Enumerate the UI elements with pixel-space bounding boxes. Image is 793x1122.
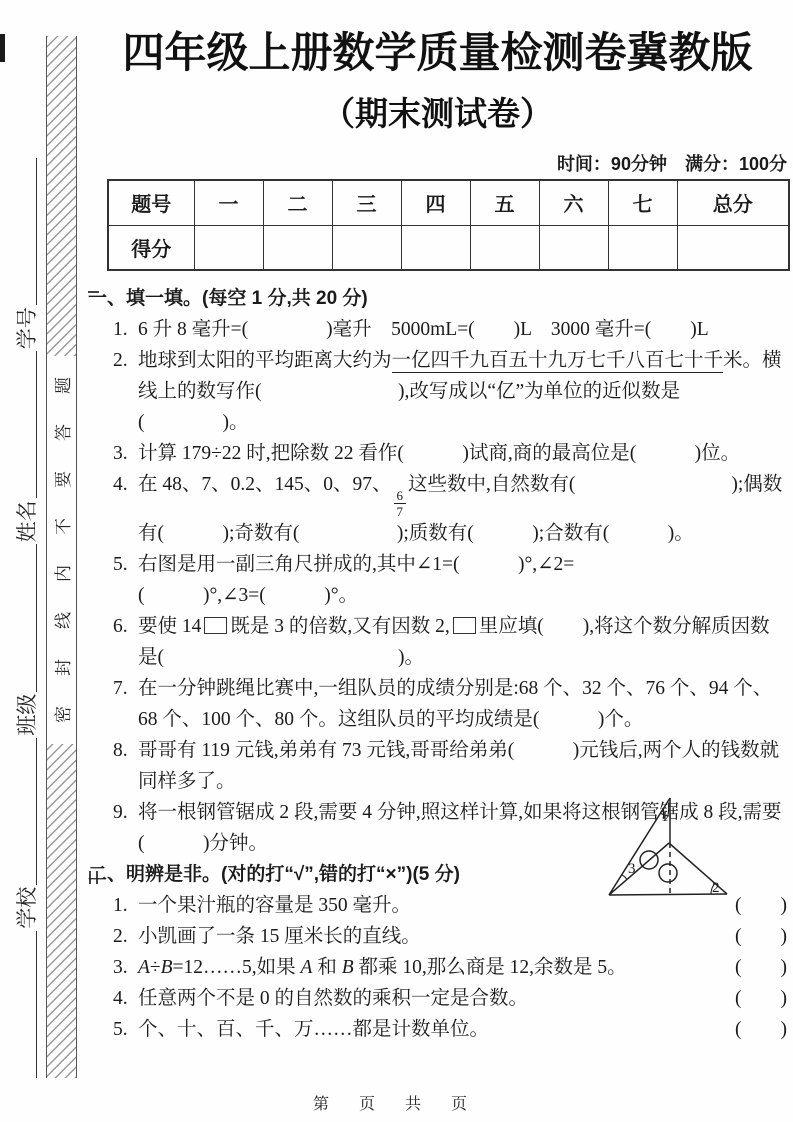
question-number: 7.: [113, 673, 138, 735]
s1-question-7: 7. 在一分钟跳绳比赛中,一组队员的成绩分别是:68 个、32 个、76 个、9…: [88, 673, 787, 735]
variable-a: A: [301, 957, 313, 978]
question-number: 8.: [113, 735, 138, 797]
q4-text-pre: 在 48、7、0.2、145、0、97、: [138, 474, 392, 495]
score-cell: [470, 225, 539, 270]
questions-area: 一、填一填。(每空 1 分,共 20 分) 1. 6 升 8 毫升=( )毫升 …: [88, 283, 787, 1045]
digit-blank-box: [204, 617, 227, 634]
division-sign: ÷: [150, 957, 161, 978]
corner-cut-mark: [0, 34, 5, 62]
score-cell: [194, 225, 263, 270]
student-info-fields: 学校 班级 姓名 学号: [10, 158, 46, 1078]
variable-b: B: [342, 957, 354, 978]
page-footer: 第 页 共 页: [0, 1091, 793, 1114]
exam-paper-page: 密封线内不要答题 学校 班级 姓名 学号 四年级上册数学质量检测卷冀教版 （期末…: [0, 0, 793, 1122]
fraction-denominator: 7: [394, 504, 407, 518]
s1-question-4: 4. 在 48、7、0.2、145、0、97、67这些数中,自然数有( );偶数…: [88, 469, 787, 549]
question-number: 2.: [113, 921, 138, 952]
question-text: A÷B=12……5,如果 A 和 B 都乘 10,那么商是 12,余数是 5。: [138, 952, 725, 983]
question-number: 4.: [113, 469, 138, 549]
answer-parentheses: ( ): [725, 983, 787, 1014]
seal-line-text: 密封线内不要答题: [47, 356, 76, 744]
question-number: 1.: [113, 314, 138, 345]
class-field-line: [10, 738, 37, 885]
score-cell: [332, 225, 401, 270]
score-cell: [401, 225, 470, 270]
answer-parentheses: ( ): [725, 952, 787, 983]
seal-line-label: 密封线内不要答题: [49, 347, 74, 723]
s1-question-8: 8. 哥哥有 119 元钱,弟弟有 73 元钱,哥哥给弟弟( )元钱后,两个人的…: [88, 735, 787, 797]
score-cell: [539, 225, 608, 270]
q3-seg1: =12……5,如果: [173, 957, 301, 978]
school-label: 学校: [10, 885, 44, 931]
question-text: 小凯画了一条 15 厘米长的直线。: [138, 921, 725, 952]
answer-parentheses: ( ): [725, 921, 787, 952]
question-text: 6 升 8 毫升=( )毫升 5000mL=( )L 3000 毫升=( )L: [138, 314, 787, 345]
question-text: 计算 179÷22 时,把除数 22 看作( )试商,商的最高位是( )位。: [138, 438, 787, 469]
digit-blank-box: [453, 617, 476, 634]
score-table-col-total: 总分: [677, 180, 789, 225]
score-cell: [608, 225, 677, 270]
score-table-col-1: 一: [194, 180, 263, 225]
fraction-six-sevenths: 67: [394, 489, 407, 518]
s1-question-1: 1. 6 升 8 毫升=( )毫升 5000mL=( )L 3000 毫升=( …: [88, 314, 787, 345]
score-cell: [677, 225, 789, 270]
question-number: 3.: [113, 438, 138, 469]
question-text: 在 48、7、0.2、145、0、97、67这些数中,自然数有( );偶数有( …: [138, 469, 787, 549]
score-table-col-6: 六: [539, 180, 608, 225]
variable-a: A: [138, 957, 150, 978]
score-table-col-5: 五: [470, 180, 539, 225]
question-number: 6.: [113, 611, 138, 673]
q6-text-mid: 既是 3 的倍数,又有因数 2,: [230, 616, 449, 637]
score-table-col-2: 二: [263, 180, 332, 225]
question-text: 地球到太阳的平均距离大约为一亿四千九百五十九万七千八百七十千米。横线上的数写作(…: [138, 345, 787, 438]
s1-question-5: 5. 右图是用一副三角尺拼成的,其中∠1=( )°,∠2=( )°,∠3=( )…: [88, 549, 787, 611]
s2-question-3: 3. A÷B=12……5,如果 A 和 B 都乘 10,那么商是 12,余数是 …: [88, 952, 787, 983]
section1-heading: 一、填一填。(每空 1 分,共 20 分): [88, 283, 787, 314]
s2-question-5: 5. 个、十、百、千、万……都是计数单位。 ( ): [88, 1014, 787, 1045]
school-field-line: [10, 931, 37, 1078]
s1-question-6: 6. 要使 14既是 3 的倍数,又有因数 2,里应填( ),将这个数分解质因数…: [88, 611, 787, 673]
score-cell: [263, 225, 332, 270]
angle1-label: 1: [661, 809, 669, 825]
question-text: 任意两个不是 0 的自然数的乘积一定是合数。: [138, 983, 725, 1014]
variable-b: B: [161, 957, 173, 978]
question-text: 在一分钟跳绳比赛中,一组队员的成绩分别是:68 个、32 个、76 个、94 个…: [138, 673, 787, 735]
ruler-hole-circle: [659, 864, 677, 882]
s2-question-4: 4. 任意两个不是 0 的自然数的乘积一定是合数。 ( ): [88, 983, 787, 1014]
name-field-line: [10, 544, 37, 691]
paper-body: 四年级上册数学质量检测卷冀教版 （期末测试卷） 时间：90分钟 满分：100分 …: [88, 28, 787, 1045]
score-table-col-4: 四: [401, 180, 470, 225]
question-number: 4.: [113, 983, 138, 1014]
q3-seg2: 和: [312, 957, 341, 978]
answer-parentheses: ( ): [725, 1014, 787, 1045]
question-number: 2.: [113, 345, 138, 438]
score-table-header-row: 题号 一 二 三 四 五 六 七 总分: [108, 180, 789, 225]
question-text: 要使 14既是 3 的倍数,又有因数 2,里应填( ),将这个数分解质因数是( …: [138, 611, 787, 673]
q2-underlined-number: 一亿四千九百五十九万七千八百七十千: [392, 350, 724, 373]
question-text: 个、十、百、千、万……都是计数单位。: [138, 1014, 725, 1045]
question-number: 3.: [113, 952, 138, 983]
question-text: 哥哥有 119 元钱,弟弟有 73 元钱,哥哥给弟弟( )元钱后,两个人的钱数就…: [138, 735, 787, 797]
class-label: 班级: [10, 692, 44, 738]
question-number: 5.: [113, 1014, 138, 1045]
angle3-label: 3: [628, 861, 636, 877]
question-number: 1.: [113, 890, 138, 921]
time-score-info: 时间：90分钟 满分：100分: [88, 153, 787, 175]
score-table: 题号 一 二 三 四 五 六 七 总分 得分: [107, 179, 790, 271]
s1-question-3: 3. 计算 179÷22 时,把除数 22 看作( )试商,商的最高位是( )位…: [88, 438, 787, 469]
score-table-col-3: 三: [332, 180, 401, 225]
page-subtitle: （期末测试卷）: [88, 92, 787, 136]
student-id-label: 学号: [10, 305, 44, 351]
s1-question-2: 2. 地球到太阳的平均距离大约为一亿四千九百五十九万七千八百七十千米。横线上的数…: [88, 345, 787, 438]
score-table-corner: 题号: [108, 180, 194, 225]
angle2-label: 2: [712, 880, 720, 896]
angle3-arc: [622, 875, 627, 880]
question-number: 9.: [113, 797, 138, 859]
score-row-label: 得分: [108, 225, 194, 270]
set-square-diagram: 1 3 2: [597, 791, 737, 903]
score-table-col-7: 七: [608, 180, 677, 225]
fraction-numerator: 6: [394, 489, 407, 504]
q3-seg3: 都乘 10,那么商是 12,余数是 5。: [354, 957, 627, 978]
q2-text-pre: 地球到太阳的平均距离大约为: [138, 350, 392, 371]
question-text: 右图是用一副三角尺拼成的,其中∠1=( )°,∠2=( )°,∠3=( )°。: [138, 549, 624, 611]
page-title: 四年级上册数学质量检测卷冀教版: [88, 28, 787, 78]
q6-text-pre: 要使 14: [138, 616, 201, 637]
name-label: 姓名: [10, 498, 44, 544]
s2-question-2: 2. 小凯画了一条 15 厘米长的直线。 ( ): [88, 921, 787, 952]
student-id-trailing-line: [10, 158, 37, 305]
question-number: 5.: [113, 549, 138, 611]
student-id-field-line: [10, 351, 37, 498]
score-table-score-row: 得分: [108, 225, 789, 270]
